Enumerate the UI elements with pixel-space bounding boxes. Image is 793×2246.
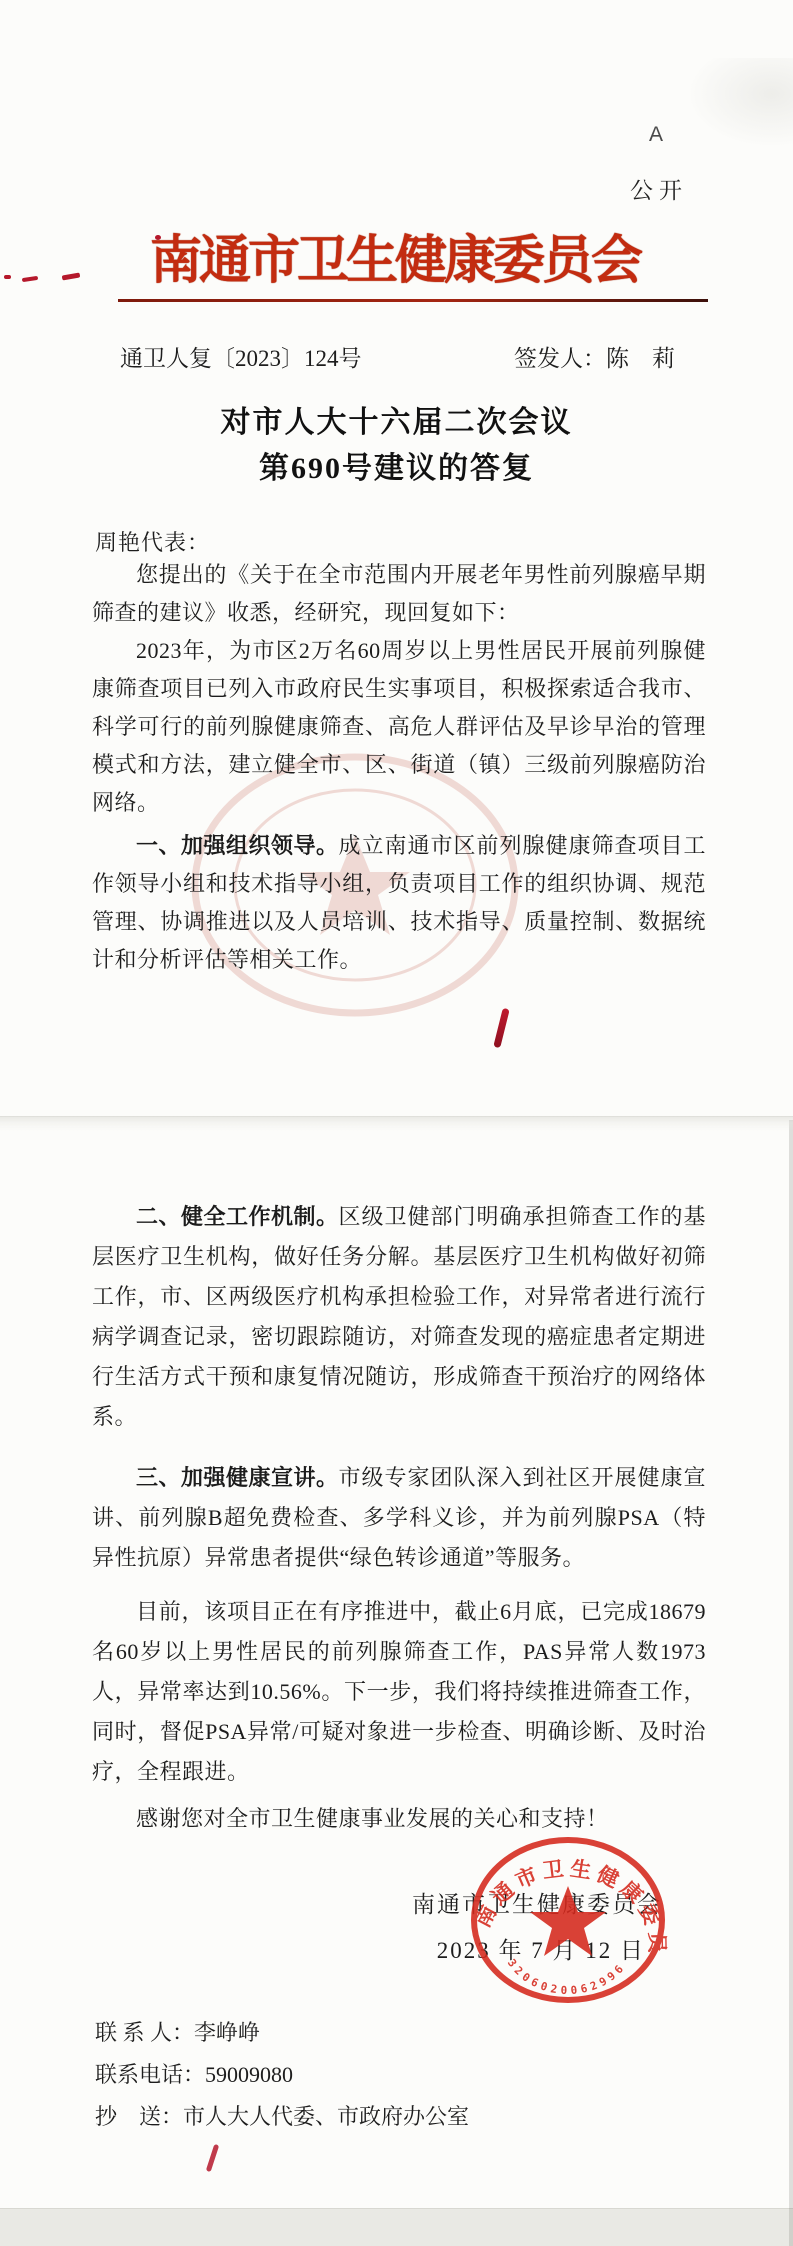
paragraph: 目前，该项目正在有序推进中，截止6月底，已完成18679名60岁以上男性居民的前… [92, 1592, 706, 1792]
paragraph-lead: 一、加强组织领导。 [136, 833, 339, 858]
cc-recipients: 市人大人代委、市政府办公室 [183, 2104, 469, 2129]
red-ink-scribble [206, 2144, 219, 2172]
seal-star [530, 1886, 606, 1956]
contact-person-label: 联 系 人： [95, 2020, 194, 2045]
page-seam [0, 1116, 793, 1131]
letterhead-rule [118, 299, 708, 302]
paragraph: 一、加强组织领导。成立南通市区前列腺健康筛查项目工作领导小组和技术指导小组，负责… [92, 827, 706, 979]
cc-label: 抄 送： [95, 2104, 183, 2129]
paragraph: 您提出的《关于在全市范围内开展老年男性前列腺癌早期筛查的建议》收悉，经研究，现回… [92, 556, 706, 632]
document-title-line1: 对市人大十六届二次会议 [0, 400, 793, 446]
salutation: 周艳代表： [95, 526, 210, 557]
scan-shading-corner [686, 58, 793, 148]
document-title-line2: 第690号建议的答复 [0, 446, 793, 492]
paragraph-text: 您提出的《关于在全市范围内开展老年男性前列腺癌早期筛查的建议》收悉，经研究，现回… [92, 562, 706, 625]
contact-person-line: 联 系 人：李峥峥 [95, 2016, 260, 2047]
paragraph-text: 区级卫健部门明确承担筛查工作的基层医疗卫生机构，做好任务分解。基层医疗卫生机构做… [92, 1204, 706, 1429]
paragraph-lead: 二、健全工作机制。 [136, 1204, 339, 1229]
contact-phone-line: 联系电话：59009080 [95, 2058, 293, 2089]
document-number: 通卫人复〔2023〕124号 [120, 340, 362, 373]
official-seal-stamp: 南通市卫生健康委员会 3206020062996 [468, 1834, 668, 2006]
cc-line: 抄 送：市人大人代委、市政府办公室 [95, 2100, 469, 2131]
publicity-mark: 公开 [630, 172, 688, 205]
scanned-letter-page: A 公开 南通市卫生健康委员会 通卫人复〔2023〕124号 签发人：陈 莉 对… [0, 0, 793, 2246]
document-number-row: 通卫人复〔2023〕124号 签发人：陈 莉 [120, 340, 675, 373]
red-ink-mark [4, 275, 11, 279]
paragraph: 2023年，为市区2万名60周岁以上男性居民开展前列腺健康筛查项目已列入市政府民… [92, 632, 706, 822]
contact-phone-number: 59009080 [205, 2062, 293, 2087]
paragraph: 感谢您对全市卫生健康事业发展的关心和支持！ [92, 1800, 706, 1838]
paragraph-text: 感谢您对全市卫生健康事业发展的关心和支持！ [136, 1806, 609, 1831]
red-ink-mark [62, 272, 81, 280]
scan-shading-bottom [0, 2208, 793, 2246]
document-title: 对市人大十六届二次会议 第690号建议的答复 [0, 400, 793, 492]
paragraph: 三、加强健康宣讲。市级专家团队深入到社区开展健康宣讲、前列腺B超免费检查、多学科… [92, 1458, 706, 1578]
paragraph-text: 2023年，为市区2万名60周岁以上男性居民开展前列腺健康筛查项目已列入市政府民… [92, 638, 706, 815]
paragraph: 二、健全工作机制。区级卫健部门明确承担筛查工作的基层医疗卫生机构，做好任务分解。… [92, 1197, 706, 1437]
scan-shading-right-edge [789, 1120, 793, 2246]
paragraph-text: 目前，该项目正在有序推进中，截止6月底，已完成18679名60岁以上男性居民的前… [92, 1599, 706, 1784]
issuer: 签发人：陈 莉 [514, 340, 675, 373]
letterhead-org-title: 南通市卫生健康委员会 [150, 218, 630, 293]
contact-phone-label: 联系电话： [95, 2062, 205, 2087]
red-ink-mark [22, 276, 38, 282]
classification-mark: A [649, 123, 663, 147]
contact-person-name: 李峥峥 [194, 2020, 260, 2045]
paragraph-lead: 三、加强健康宣讲。 [136, 1465, 339, 1490]
